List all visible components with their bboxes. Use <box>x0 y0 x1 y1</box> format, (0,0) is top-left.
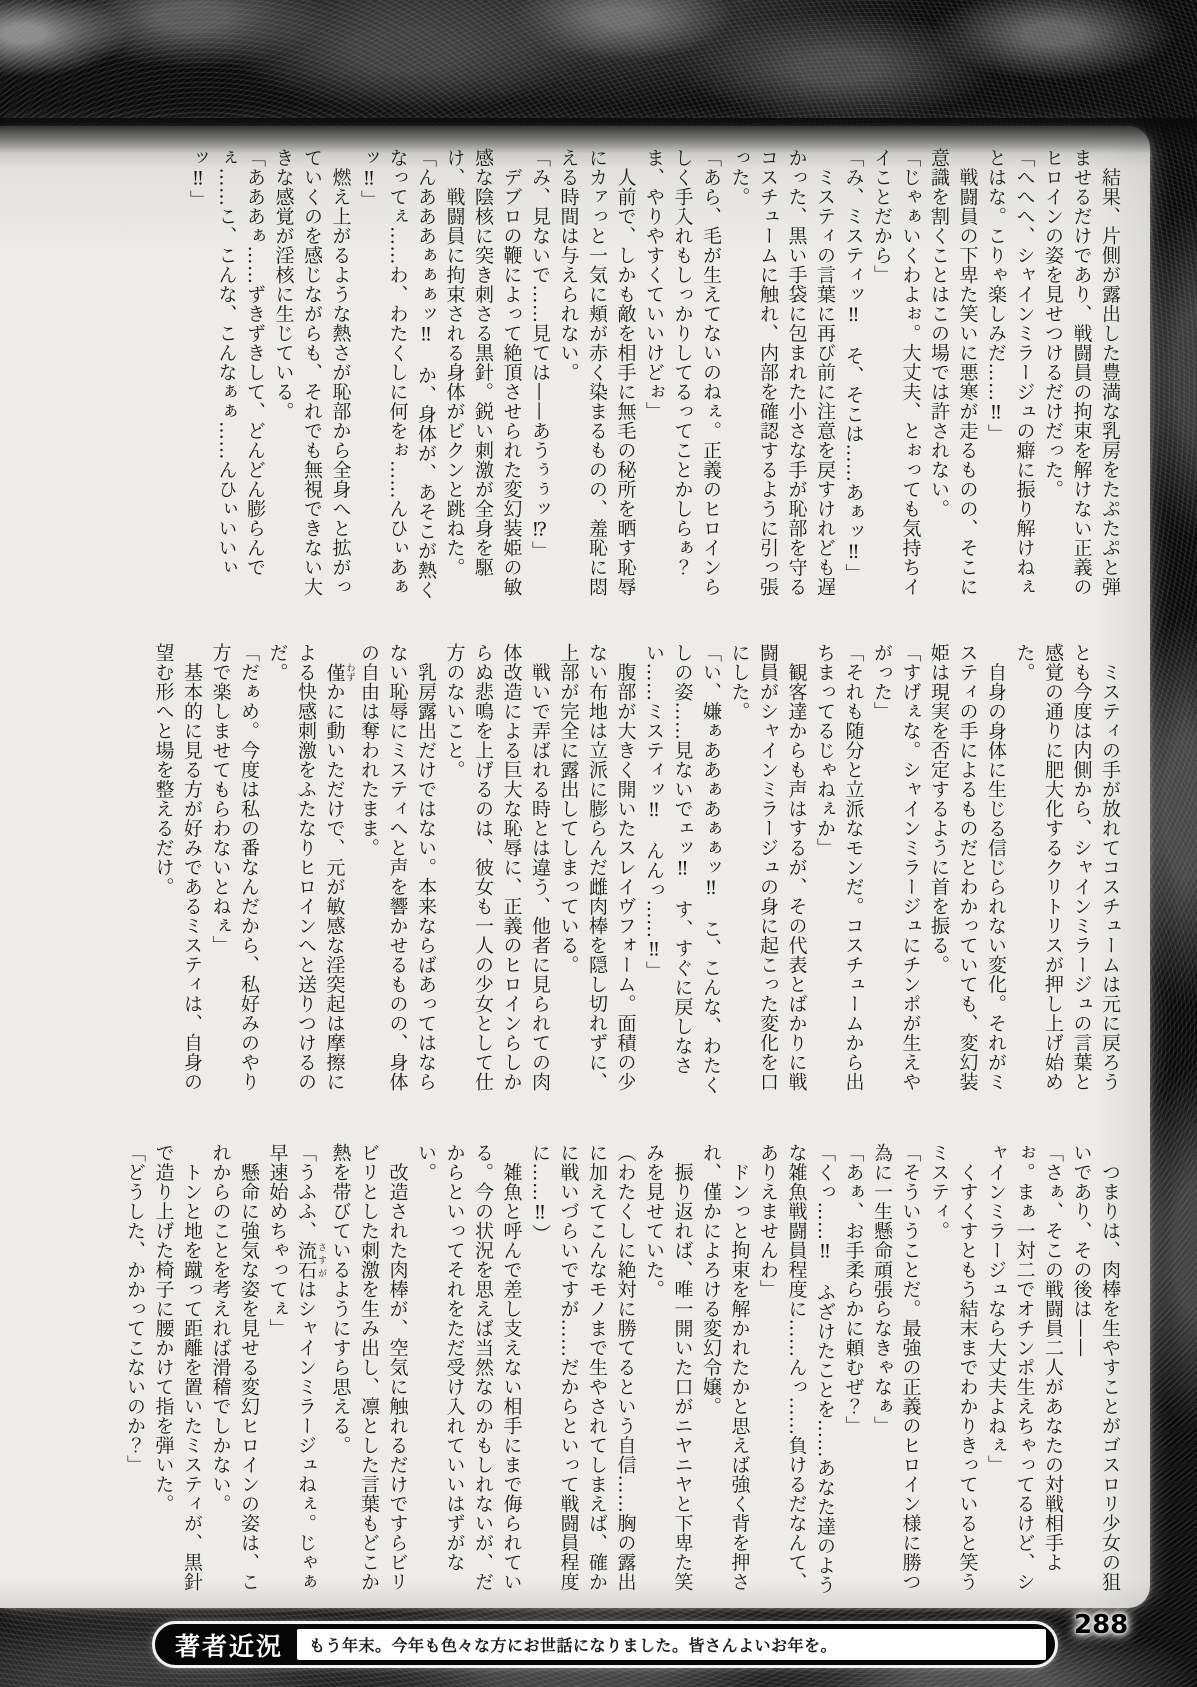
paragraph: 「あら、毛が生えてないのねぇ。正義のヒロインらしく手入れもしっかりしてるってこと… <box>640 148 726 600</box>
paragraph: 「あああぁ……ずきずきして、どんどん膨らんでぇ……こ、こんな、こんなぁぁ……んひ… <box>184 148 270 600</box>
paragraph: 「んあああぁぁぁッ‼ か、身体が、あそこが熱くなってぇ……わ、わたくしに何をぉ…… <box>355 148 441 600</box>
paragraph: ミスティの手が放れてコスチュームは元に戻ろうとも今度は内側から、シャインミラージ… <box>1010 643 1124 1095</box>
paragraph: 「それも随分と立派なモンだ。コスチュームから出ちまってるじゃねぇか」 <box>811 643 868 1095</box>
author-note-bar: 著者近況 もう年末。今年も色々な方にお世話になりました。皆さんよいお年を。 <box>152 1621 1058 1668</box>
author-note-message: もう年末。今年も色々な方にお世話になりました。皆さんよいお年を。 <box>309 1633 837 1656</box>
novel-page: 結果、片側が露出した豊満な乳房をたぷたぷと弾ませるだけであり、戦闘員の拘束を解け… <box>0 126 1150 1608</box>
paragraph: 僅わずかに動いただけで、元が敏感な淫突起は摩擦による快感刺激をふたなりヒロインへ… <box>263 643 355 1095</box>
paragraph: 「あぁ、お手柔らかに頼むぜ？」 <box>839 1143 868 1595</box>
paragraph: 人前で、しかも敵を相手に無毛の秘所を晒す恥辱にカァっと一気に頬が赤く染まるものの… <box>554 148 640 600</box>
paragraph: 「どうした、かかってこないのか？」 <box>121 1143 150 1595</box>
paragraph: つまりは、肉棒を生やすことがゴスロリ少女の狙いであり、その後は—— <box>1067 1143 1124 1595</box>
text-block-top: 結果、片側が露出した豊満な乳房をたぷたぷと弾ませるだけであり、戦闘員の拘束を解け… <box>184 148 1125 600</box>
paragraph: 燃え上がるような熱さが恥部から全身へと拡がっていくのを感じながらも、それでも無視… <box>269 148 355 600</box>
paragraph: 「じゃぁいくわよぉ。大丈夫、とぉっても気持ちイイことだから」 <box>868 148 925 600</box>
paragraph: トンと地を蹴って距離を置いたミスティが、黒針で造り上げた椅子に腰かけて指を弾いた… <box>149 1143 206 1595</box>
paragraph: 「へへへ、シャインミラージュの癖に振り解けねぇとはな。こりゃ楽しみだ……‼」 <box>982 148 1039 600</box>
paragraph: くすくすともう結末までわかりきっていると笑うミスティ。 <box>925 1143 982 1595</box>
page-number: 288 <box>1074 1610 1128 1640</box>
paragraph: 「み、ミスティッ‼ そ、そこは……あぁッ‼」 <box>839 148 868 600</box>
paragraph: 「うふふ、流石さすがはシャインミラージュねぇ。じゃぁ早速始めちゃってぇ」 <box>263 1143 326 1595</box>
paragraph: 「すげぇな。シャインミラージュにチンポが生えやがった」 <box>868 643 925 1095</box>
paragraph: （わたくしに絶対に勝てるという自信……胸の露出に加えてこんなモノまで生やされてし… <box>526 1143 640 1595</box>
paragraph: 雑魚と呼んで差し支えない相手にまで侮られている。今の状況を思えば当然なのかもしれ… <box>412 1143 526 1595</box>
paragraph: 観客達からも声はするが、その代表とばかりに戦闘員がシャインミラージュの身に起こっ… <box>725 643 811 1095</box>
author-note-label: 著者近況 <box>155 1627 297 1663</box>
paragraph: 戦いで弄ばれる時とは違う、他者に見られての肉体改造による巨大な恥辱に、正義のヒロ… <box>440 643 554 1095</box>
paragraph: 「い、嫌ぁああぁあぁぁッ‼ こ、こんな、わたくしの姿……見ないでェッ‼ す、すぐ… <box>640 643 726 1095</box>
paragraph: 「くっ……‼ ふざけたことを……あなた達のような雑魚戦闘員程度に……んっ……負け… <box>754 1143 840 1595</box>
paragraph: 結果、片側が露出した豊満な乳房をたぷたぷと弾ませるだけであり、戦闘員の拘束を解け… <box>1039 148 1125 600</box>
paragraph: デブロの鞭によって絶頂させられた変幻装姫の敏感な陰核に突き刺さる黒針。鋭い刺激が… <box>440 148 526 600</box>
paragraph: 「み、見ないで……見ては——あうぅぅッ⁉」 <box>526 148 555 600</box>
paragraph: 懸命に強気な姿を見せる変幻ヒロインの姿は、これからのことを考えれば滑稽でしかない… <box>206 1143 263 1595</box>
paragraph: 「さぁ、そこの戦闘員二人があなたの対戦相手よぉ。まぁ一対二でオチンポ生えちゃって… <box>982 1143 1068 1595</box>
text-block-middle: ミスティの手が放れてコスチュームは元に戻ろうとも今度は内側から、シャインミラージ… <box>149 643 1124 1095</box>
paragraph: 「そういうことだ。最強の正義のヒロイン様に勝つ為に一生懸命頑張らなきゃなぁ」 <box>868 1143 925 1595</box>
paragraph: 改造された肉棒が、空気に触れるだけですらビリビリとした刺激を生み出し、凛とした言… <box>326 1143 412 1595</box>
paragraph: 「だぁめ。今度は私の番なんだから、私好みのやり方で楽しませてもらわないとねぇ」 <box>206 643 263 1095</box>
paragraph: 振り返れば、唯一開いた口がニヤニヤと下卑た笑みを見せていた。 <box>640 1143 697 1595</box>
paragraph: ドンっと拘束を解かれたかと思えば強く背を押され、僅かによろける変幻令嬢。 <box>697 1143 754 1595</box>
paragraph: 基本的に見る方が好みであるミスティは、自身の望む形へと場を整えるだけ。 <box>149 643 206 1095</box>
paragraph: 乳房露出だけではない。本来ならばあってはならない恥辱にミスティへと声を響かせるも… <box>355 643 441 1095</box>
paragraph: 自身の身体に生じる信じられない変化。それがミスティの手によるものだとわかっていて… <box>925 643 1011 1095</box>
author-note-message-box: もう年末。今年も色々な方にお世話になりました。皆さんよいお年を。 <box>297 1629 1046 1660</box>
paragraph: 腹部が大きく開いたスレイヴフォーム。面積の少ない布地は立派に膨らんだ雌肉棒を隠し… <box>554 643 640 1095</box>
paragraph: ミスティの言葉に再び前に注意を戻すけれども遅かった、黒い手袋に包まれた小さな手が… <box>725 148 839 600</box>
paragraph: 戦闘員の下卑た笑いに悪寒が走るものの、そこに意識を割くことはこの場では許されない… <box>925 148 982 600</box>
text-block-bottom: つまりは、肉棒を生やすことがゴスロリ少女の狙いであり、その後は——「さぁ、そこの… <box>121 1143 1125 1595</box>
